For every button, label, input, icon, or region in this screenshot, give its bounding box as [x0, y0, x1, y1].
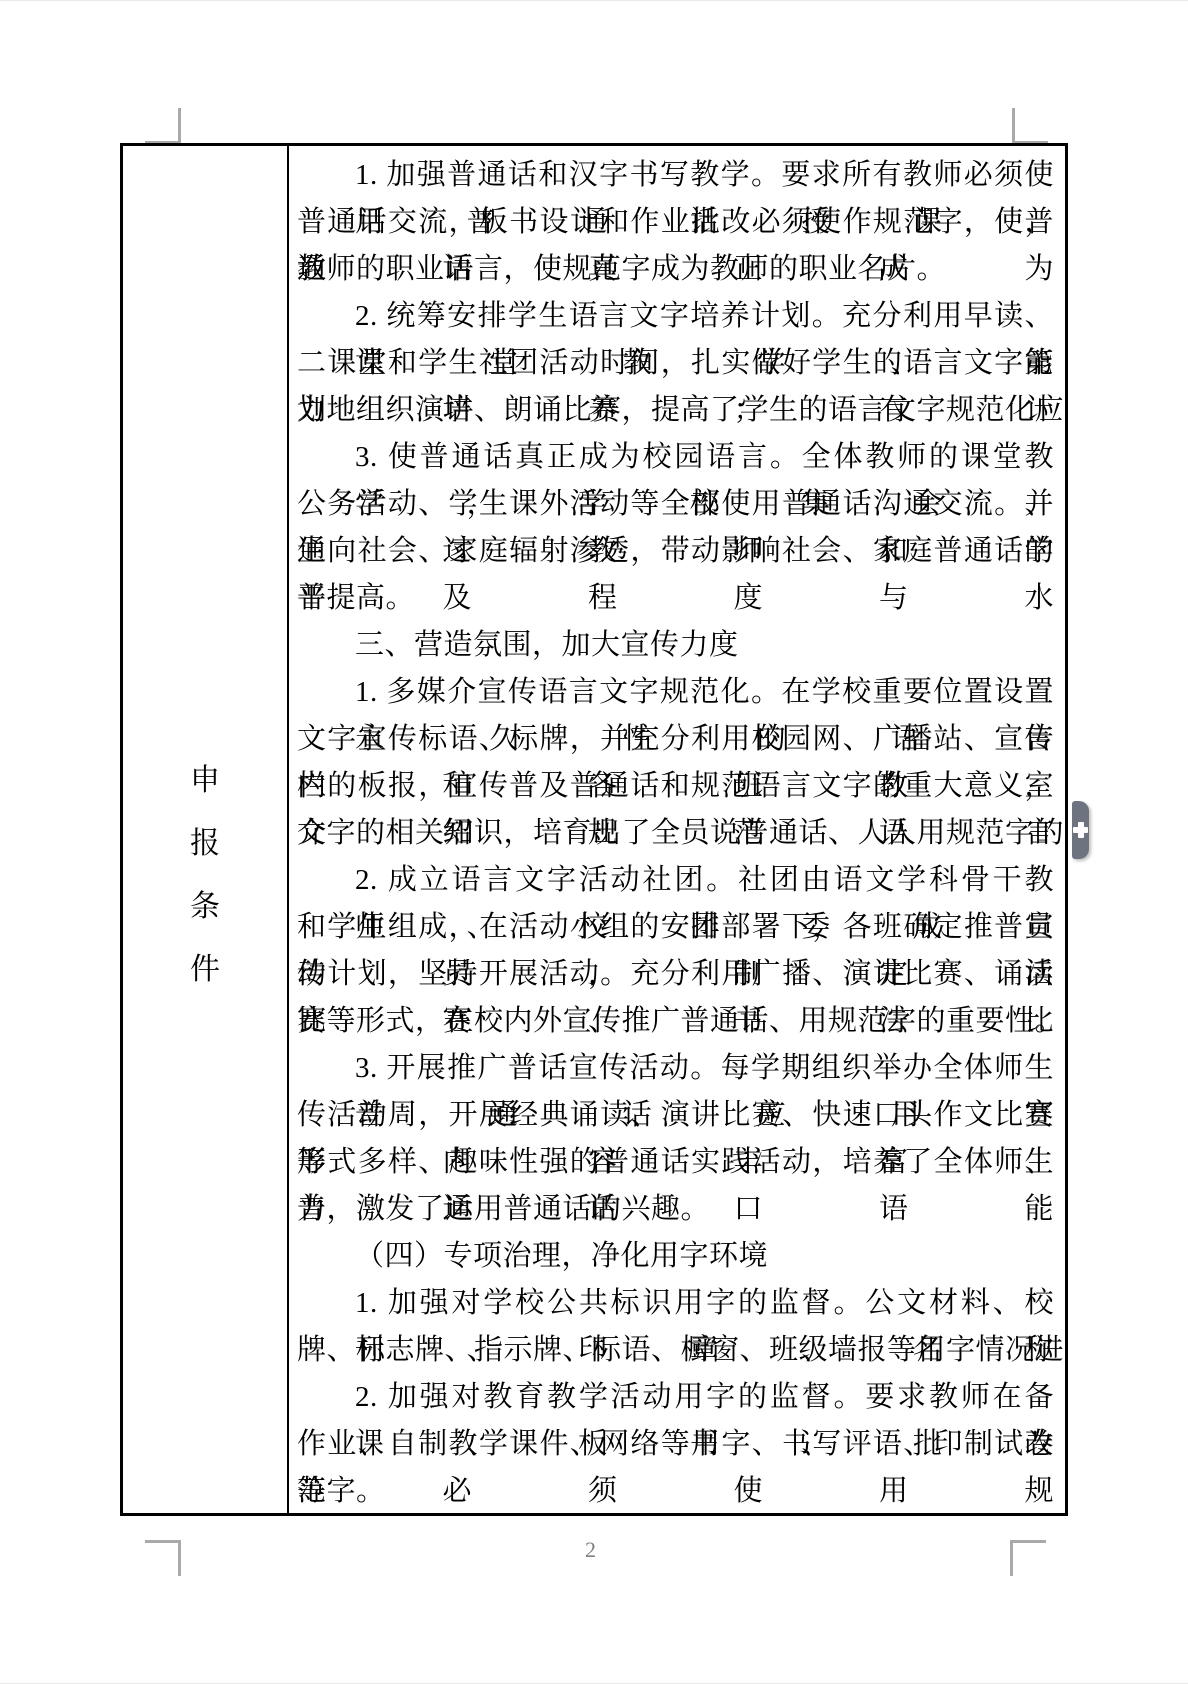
text-line: 形式多样、趣味性强的普通话实践活动，培养了全体师生普通话口语能 — [297, 1139, 1054, 1186]
text-line: 3. 使普通话真正成为校园语言。全体教师的课堂教学，学校集会、 — [297, 434, 1054, 481]
crop-mark-top-left — [145, 108, 181, 144]
text-line: 2. 加强对教育教学活动用字的监督。要求教师在备课、板书、批改 — [297, 1374, 1054, 1421]
row-header-char: 件 — [123, 955, 287, 985]
side-expand-tab[interactable] — [1072, 801, 1089, 859]
text-line: 文字宣传标语、标牌，并充分利用校园网、广播站、宣传栏和各班教室 — [297, 716, 1054, 763]
text-line: 牌、标志牌、指示牌、标语、橱窗、班级墙报等用字情况进行定期检查。 — [297, 1327, 1054, 1374]
text-line: 3. 开展推广普话宣传活动。每学期组织举办全体师生普通话应用宣 — [297, 1045, 1054, 1092]
text-line: 生向社会、家庭辐射渗透，带动影响社会、家庭普通话的普及程度与水 — [297, 528, 1054, 575]
crop-mark-bottom-left — [145, 1540, 181, 1576]
content-cell: 1. 加强普通话和汉字书写教学。要求所有教师必须使用普通话授课，普通话交流，板书… — [289, 146, 1065, 1513]
text-line: （四）专项治理，净化用字环境 — [297, 1233, 1054, 1280]
row-header-char: 条 — [123, 892, 287, 922]
plus-icon — [1078, 822, 1084, 838]
text-line: 和学生组成，在活动小组的安排部署下，各班确定推普宣传员，制定活 — [297, 904, 1054, 951]
text-line: 1. 加强普通话和汉字书写教学。要求所有教师必须使用普通话授课， — [297, 152, 1054, 199]
text-line: 作业、自制教学课件、网络等用字、书写评语、印制试卷等必须使用规 — [297, 1421, 1054, 1468]
text-line: 划地组织演讲、朗诵比赛，提高了学生的语言文字规范化应用能力。 — [297, 387, 1054, 434]
text-line: 内的板报，宣传普及普通话和规范语言文字的重大意义，介绍规范语言 — [297, 763, 1054, 810]
text-line: 1. 加强对学校公共标识用字的监督。公文材料、校刊、印章、名称 — [297, 1280, 1054, 1327]
row-header-char: 申 — [123, 766, 287, 796]
text-line: 普通话交流，板书设计和作业批改必须使作规范字，使普通话真正成为 — [297, 199, 1054, 246]
row-header-cell: 申 报 条 件 — [123, 146, 289, 1513]
crop-mark-bottom-right — [1010, 1540, 1046, 1576]
text-line: 2. 统筹安排学生语言文字培养计划。充分利用早读、课堂教学、第 — [297, 293, 1054, 340]
text-line: 三、营造氛围，加大宣传力度 — [297, 622, 1054, 669]
text-line: 教师的职业语言，使规范字成为教师的职业名片。 — [297, 246, 1054, 293]
row-header-char: 报 — [123, 829, 287, 859]
text-line: 赛等形式，在校内外宣传推广普通话、用规范字的重要性。 — [297, 998, 1054, 1045]
page-number: 2 — [585, 1537, 596, 1563]
crop-mark-top-right — [1012, 108, 1048, 144]
text-line: 动计划，坚持开展活动。充分利用广播、演讲比赛、诵读比赛、书法比 — [297, 951, 1054, 998]
text-line: 1. 多媒介宣传语言文字规范化。在学校重要位置设置永久性的语言 — [297, 669, 1054, 716]
text-line: 传活动周，开展经典诵读、演讲比赛、快速口头作文比赛等内容丰富、 — [297, 1092, 1054, 1139]
application-conditions-table: 申 报 条 件 1. 加强普通话和汉字书写教学。要求所有教师必须使用普通话授课，… — [120, 143, 1068, 1516]
text-line: 2. 成立语言文字活动社团。社团由语文学科骨干教师、校团委成员 — [297, 857, 1054, 904]
text-line: 公务活动、学生课外活动等全部使用普通话沟通交流。并通过教师和学 — [297, 481, 1054, 528]
text-line: 文字的相关知识，培育出了全员说普通话、人人用规范字的浓郁氛围。 — [297, 810, 1054, 857]
text-line: 二课堂和学生社团活动时间，扎实做好学生的语言文字能力培养；有计 — [297, 340, 1054, 387]
